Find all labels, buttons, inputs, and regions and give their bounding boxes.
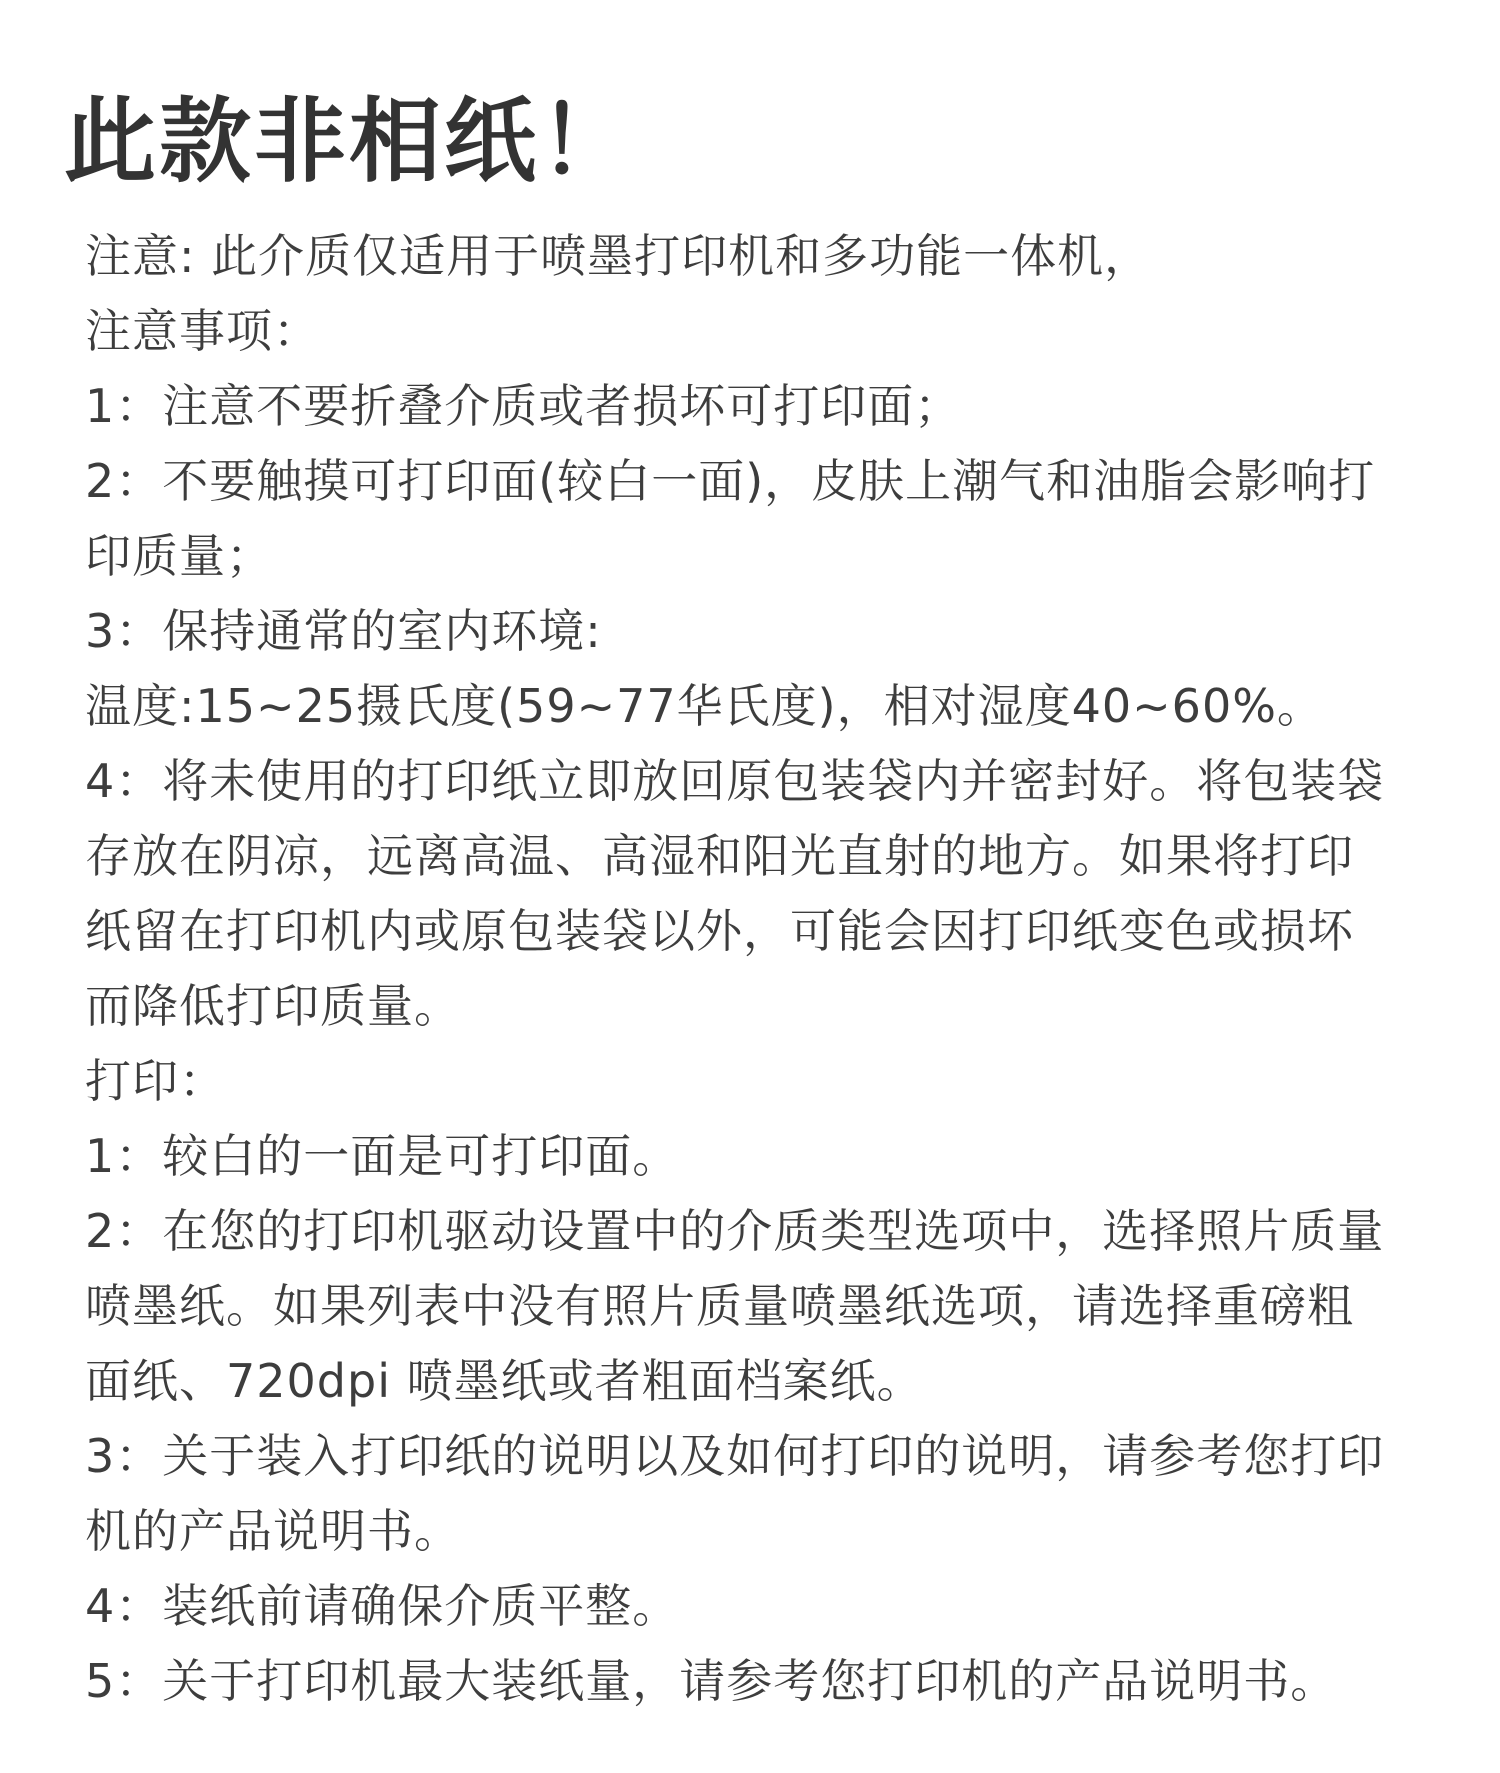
text-line: 而降低打印质量。 [85, 969, 1460, 1044]
product-notice-page: 此款非相纸！ 注意: 此介质仅适用于喷墨打印机和多功能一体机， 注意事项： 1：… [0, 0, 1500, 1719]
text-line: 印质量； [85, 519, 1460, 594]
text-line: 温度:15~25摄氏度(59~77华氏度)，相对湿度40~60%。 [85, 669, 1460, 744]
text-line: 打印： [85, 1044, 1460, 1119]
text-line: 机的产品说明书。 [85, 1494, 1460, 1569]
text-line: 5：关于打印机最大装纸量，请参考您打印机的产品说明书。 [85, 1644, 1460, 1719]
text-line: 3：关于装入打印纸的说明以及如何打印的说明，请参考您打印 [85, 1419, 1460, 1494]
notice-body: 注意: 此介质仅适用于喷墨打印机和多功能一体机， 注意事项： 1：注意不要折叠介… [85, 219, 1460, 1719]
text-line: 2：在您的打印机驱动设置中的介质类型选项中，选择照片质量 [85, 1194, 1460, 1269]
text-line: 存放在阴凉，远离高温、高湿和阳光直射的地方。如果将打印 [85, 819, 1460, 894]
text-line: 4：装纸前请确保介质平整。 [85, 1569, 1460, 1644]
text-line: 3：保持通常的室内环境: [85, 594, 1460, 669]
text-line: 2：不要触摸可打印面(较白一面)，皮肤上潮气和油脂会影响打 [85, 444, 1460, 519]
text-line: 纸留在打印机内或原包装袋以外，可能会因打印纸变色或损坏 [85, 894, 1460, 969]
text-line: 1：注意不要折叠介质或者损坏可打印面； [85, 369, 1460, 444]
text-line: 注意: 此介质仅适用于喷墨打印机和多功能一体机， [85, 219, 1460, 294]
text-line: 注意事项： [85, 294, 1460, 369]
text-line: 面纸、720dpi 喷墨纸或者粗面档案纸。 [85, 1344, 1460, 1419]
text-line: 4：将未使用的打印纸立即放回原包装袋内并密封好。将包装袋 [85, 744, 1460, 819]
text-line: 喷墨纸。如果列表中没有照片质量喷墨纸选项，请选择重磅粗 [85, 1269, 1460, 1344]
text-line: 1：较白的一面是可打印面。 [85, 1119, 1460, 1194]
page-title: 此款非相纸！ [64, 90, 1460, 193]
